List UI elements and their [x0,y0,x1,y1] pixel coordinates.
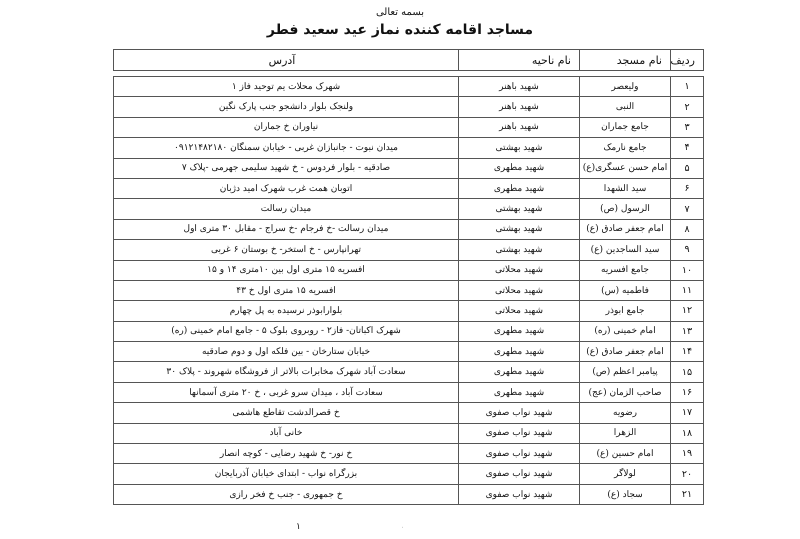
row-address: افسریه ۱۵ متری اول خ ۴۳ [114,280,459,300]
table-row: ۴جامع نارمکشهید بهشتیمیدان نبوت - جانباز… [114,138,704,158]
row-district: شهید نواب صفوی [459,464,580,484]
row-mosque-name: سجاد (ع) [580,484,671,504]
row-index: ۱ [671,77,704,97]
table-row: ۶سید الشهداشهید مطهریاتوبان همت غرب شهرک… [114,178,704,198]
document-title: مساجد اقامه کننده نماز عید سعید فطر [0,22,800,38]
row-mosque-name: امام جعفر صادق (ع) [580,219,671,239]
row-mosque-name: جامع افسریه [580,260,671,280]
row-index: ۱۳ [671,321,704,341]
page-number: ۱ [296,522,301,532]
row-district: شهید نواب صفوی [459,403,580,423]
row-address: میدان رسالت [114,199,459,219]
row-district: شهید محلاتی [459,260,580,280]
row-index: ۱۰ [671,260,704,280]
table-row: ۱۳امام خمینی (ره)شهید مطهریشهرک اکباتان-… [114,321,704,341]
row-mosque-name: الرسول (ص) [580,199,671,219]
row-district: شهید مطهری [459,342,580,362]
table-row: ۲النبیشهید باهنرولنجک بلوار دانشجو جنب پ… [114,97,704,117]
row-district: شهید محلاتی [459,280,580,300]
row-address: میدان نبوت - جانبازان غربی - خیابان سمنگ… [114,138,459,158]
row-index: ۱۱ [671,280,704,300]
row-index: ۶ [671,178,704,198]
row-mosque-name: پیامبر اعظم (ص) [580,362,671,382]
document-subheading: بسمه تعالی [0,7,800,18]
table-row: ۲۱سجاد (ع)شهید نواب صفویخ جمهوری - جنب خ… [114,484,704,504]
table-row: ۸امام جعفر صادق (ع)شهید بهشتیمیدان رسالت… [114,219,704,239]
row-district: شهید مطهری [459,178,580,198]
row-index: ۱۹ [671,444,704,464]
row-district: شهید مطهری [459,362,580,382]
row-district: شهید مطهری [459,382,580,402]
row-address: خانی آباد [114,423,459,443]
row-index: ۱۸ [671,423,704,443]
row-district: شهید نواب صفوی [459,444,580,464]
row-index: ۵ [671,158,704,178]
row-mosque-name: امام خمینی (ره) [580,321,671,341]
row-address: تهرانپارس - خ استخر- خ بوستان ۶ غربی [114,240,459,260]
table-row: ۲۰لولاگرشهید نواب صفویبزرگراه نواب - ابت… [114,464,704,484]
table-body: ۱ولیعصرشهید باهنرشهرک محلات یم توحید فاز… [114,77,704,505]
table-row: ۱ولیعصرشهید باهنرشهرک محلات یم توحید فاز… [114,77,704,97]
table-row: ۱۸الزهراشهید نواب صفویخانی آباد [114,423,704,443]
row-district: شهید باهنر [459,117,580,137]
row-index: ۲ [671,97,704,117]
row-district: شهید نواب صفوی [459,484,580,504]
row-index: ۱۲ [671,301,704,321]
table-row: ۱۲جامع ابوذرشهید محلاتیبلوارابوذر نرسیده… [114,301,704,321]
row-address: سعادت آباد شهرک مخابرات بالاتر از فروشگا… [114,362,459,382]
row-index: ۷ [671,199,704,219]
row-address: خ نور- خ شهید رضایی - کوچه انصار [114,444,459,464]
table-row: ۱۱فاطمیه (س)شهید محلاتیافسریه ۱۵ متری او… [114,280,704,300]
row-mosque-name: جامع ابوذر [580,301,671,321]
row-mosque-name: سید الساجدین (ع) [580,240,671,260]
row-mosque-name: امام جعفر صادق (ع) [580,342,671,362]
row-mosque-name: جامع نارمک [580,138,671,158]
row-address: افسریه ۱۵ متری اول بین ۱۰متری ۱۴ و ۱۵ [114,260,459,280]
row-mosque-name: صاحب الزمان (عج) [580,382,671,402]
row-index: ۱۵ [671,362,704,382]
row-district: شهید بهشتی [459,219,580,239]
row-address: شهرک محلات یم توحید فاز ۱ [114,77,459,97]
row-district: شهید مطهری [459,321,580,341]
table-row: ۱۰جامع افسریهشهید محلاتیافسریه ۱۵ متری ا… [114,260,704,280]
row-address: میدان رسالت -خ فرجام -خ سراج - مقابل ۳۰ … [114,219,459,239]
row-mosque-name: رضویه [580,403,671,423]
row-address: نیاوران خ جماران [114,117,459,137]
table-header: ردیف نام مسجد نام ناحیه آدرس [113,49,704,71]
row-mosque-name: امام حسین (ع) [580,444,671,464]
row-mosque-name: الزهرا [580,423,671,443]
row-index: ۲۱ [671,484,704,504]
row-district: شهید باهنر [459,77,580,97]
row-mosque-name: جامع جماران [580,117,671,137]
header-district: نام ناحیه [459,50,580,71]
footer-mark: ٠ [401,524,404,531]
row-address: سعادت آباد ، میدان سرو غربی ، خ ۲۰ متری … [114,382,459,402]
row-district: شهید مطهری [459,158,580,178]
table-row: ۳جامع جمارانشهید باهنرنیاوران خ جماران [114,117,704,137]
row-mosque-name: امام حسن عسگری(ع) [580,158,671,178]
row-mosque-name: لولاگر [580,464,671,484]
table-row: ۵امام حسن عسگری(ع)شهید مطهریصادقیه - بلو… [114,158,704,178]
row-district: شهید بهشتی [459,199,580,219]
row-index: ۱۶ [671,382,704,402]
row-address: شهرک اکباتان- فاز۲ - روبروی بلوک ۵ - جام… [114,321,459,341]
row-address: صادقیه - بلوار فردوس - خ شهید سلیمی جهرم… [114,158,459,178]
row-mosque-name: النبی [580,97,671,117]
row-district: شهید محلاتی [459,301,580,321]
row-index: ۱۴ [671,342,704,362]
row-index: ۴ [671,138,704,158]
row-index: ۹ [671,240,704,260]
row-district: شهید بهشتی [459,240,580,260]
table-row: ۱۷رضویهشهید نواب صفویخ قصرالدشت تقاطع ها… [114,403,704,423]
row-mosque-name: ولیعصر [580,77,671,97]
row-address: اتوبان همت غرب شهرک امید دژبان [114,178,459,198]
table-row: ۱۵پیامبر اعظم (ص)شهید مطهریسعادت آباد شه… [114,362,704,382]
row-address: خیابان ستارخان - بین فلکه اول و دوم صادق… [114,342,459,362]
table-row: ۱۴امام جعفر صادق (ع)شهید مطهریخیابان ستا… [114,342,704,362]
row-address: بلوارابوذر نرسیده به پل چهارم [114,301,459,321]
row-mosque-name: سید الشهدا [580,178,671,198]
row-address: بزرگراه نواب - ابتدای خیابان آذربایجان [114,464,459,484]
row-index: ۱۷ [671,403,704,423]
table-row: ۷الرسول (ص)شهید بهشتیمیدان رسالت [114,199,704,219]
table-row: ۹سید الساجدین (ع)شهید بهشتیتهرانپارس - خ… [114,240,704,260]
header-index: ردیف [671,50,704,71]
row-index: ۳ [671,117,704,137]
header-address: آدرس [114,50,459,71]
row-index: ۲۰ [671,464,704,484]
row-address: خ قصرالدشت تقاطع هاشمی [114,403,459,423]
row-index: ۸ [671,219,704,239]
row-address: خ جمهوری - جنب خ فخر رازی [114,484,459,504]
mosque-table: ۱ولیعصرشهید باهنرشهرک محلات یم توحید فاز… [113,76,704,505]
table-row: ۱۶صاحب الزمان (عج)شهید مطهریسعادت آباد ،… [114,382,704,402]
row-district: شهید نواب صفوی [459,423,580,443]
row-address: ولنجک بلوار دانشجو جنب پارک نگین [114,97,459,117]
row-district: شهید باهنر [459,97,580,117]
row-mosque-name: فاطمیه (س) [580,280,671,300]
table-row: ۱۹امام حسین (ع)شهید نواب صفویخ نور- خ شه… [114,444,704,464]
header-mosque: نام مسجد [580,50,671,71]
header-row: ردیف نام مسجد نام ناحیه آدرس [114,50,704,71]
row-district: شهید بهشتی [459,138,580,158]
